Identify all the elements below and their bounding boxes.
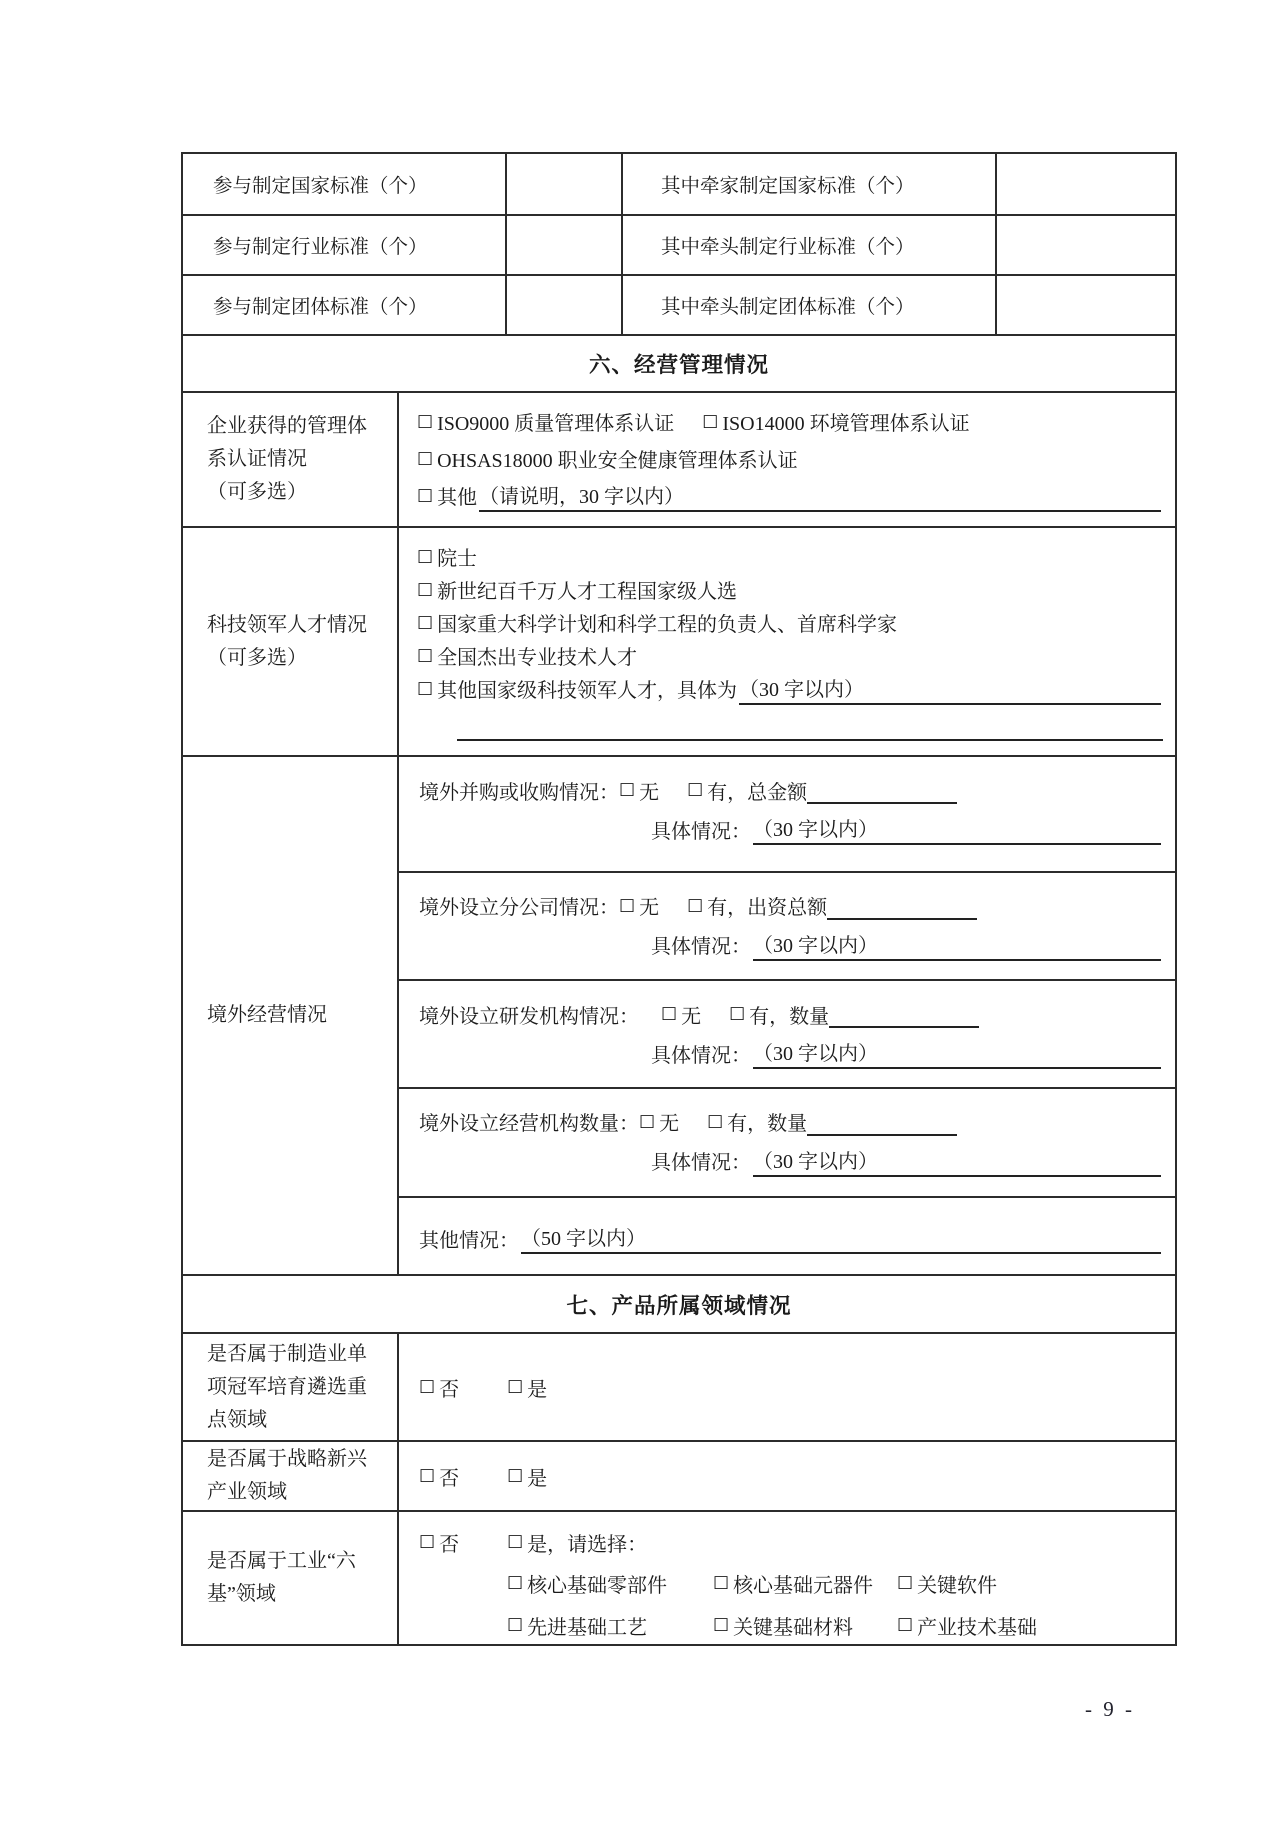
six-bases-option: □ 关键基础材料: [713, 1611, 897, 1640]
field-org-detail-note: （30 字以内）: [753, 1151, 878, 1173]
field-overseas-other[interactable]: （50 字以内）: [521, 1222, 1161, 1254]
row-manufacturing-champion-field: 是否属于制造业单项冠军培育遴选重点领域 □ 否 □ 是: [183, 1332, 1175, 1440]
six-bases-options: □ 否 □ 是，请选择： □ 核心基础零部件 □ 核心基础元器件 □ 关键软件: [397, 1512, 1175, 1644]
ma-prefix: 境外并购或收购情况：: [419, 776, 619, 805]
label-industrial-six-bases: 是否属于工业“六基”领域: [183, 1512, 397, 1644]
strategic-no-label: 否: [439, 1462, 459, 1491]
six-bases-line-1: □ 否 □ 是，请选择：: [419, 1522, 1175, 1562]
field-talent-other-continued[interactable]: [457, 711, 1163, 741]
industry-tech-base-label: 产业技术基础: [917, 1611, 1037, 1640]
form-table: 参与制定国家标准（个） 其中牵家制定国家标准（个） 参与制定行业标准（个） 其中…: [181, 152, 1177, 1646]
overseas-row-branch: 境外设立分公司情况： □ 无 □ 有，出资总额 具体情况： （30 字以内）: [399, 871, 1175, 980]
label-lead-national-standards: 其中牵家制定国家标准（个）: [621, 154, 995, 214]
value-cell-lead-industry-standards[interactable]: [995, 216, 1175, 274]
checkbox-cert-other[interactable]: □: [417, 485, 433, 505]
cert-option-line-1: □ ISO9000 质量管理体系认证 □ ISO14000 环境管理体系认证: [417, 403, 1175, 440]
overseas-row-ma: 境外并购或收购情况： □ 无 □ 有，总金额 具体情况： （30 字以内）: [399, 757, 1175, 871]
label-text-wrap: 是否属于工业“六基”领域: [207, 1545, 381, 1611]
label-text: 参与制定行业标准（个）: [213, 231, 428, 259]
field-cert-other[interactable]: （请说明，30 字以内）: [479, 480, 1161, 512]
talent-option-line-3: □ 国家重大科学计划和科学工程的负责人、首席科学家: [417, 606, 1175, 639]
label-text: 其中牵家制定国家标准（个）: [661, 170, 915, 198]
talent-option-line-5: □ 其他国家级科技领军人才，具体为 （30 字以内）: [417, 672, 1175, 705]
branch-detail-line: 具体情况： （30 字以内）: [419, 923, 1175, 967]
six-bases-option: □ 关键软件: [897, 1569, 997, 1598]
six-bases-option: □ 产业技术基础: [897, 1611, 1037, 1640]
rd-detail-label: 具体情况：: [651, 1039, 751, 1068]
rd-no-label: 无: [681, 1000, 701, 1029]
checkbox-talent-other[interactable]: □: [417, 678, 433, 698]
rd-detail-line: 具体情况： （30 字以内）: [419, 1031, 1175, 1075]
checkbox-core-parts[interactable]: □: [507, 1572, 523, 1592]
label-overseas-operations: 境外经营情况: [183, 757, 397, 1274]
champion-no-label: 否: [439, 1373, 459, 1402]
label-note: （可多选）: [207, 642, 381, 675]
overseas-row-other: 其他情况： （50 字以内）: [399, 1196, 1175, 1274]
label-industry-standards: 参与制定行业标准（个）: [183, 216, 505, 274]
cert-option-line-2: □ OHSAS18000 职业安全健康管理体系认证: [417, 440, 1175, 477]
blank-org-count[interactable]: [807, 1112, 957, 1136]
field-branch-detail-note: （30 字以内）: [753, 935, 878, 957]
ma-detail-line: 具体情况： （30 字以内）: [419, 807, 1175, 851]
section6-header-row: 六、经营管理情况: [183, 334, 1175, 391]
checkbox-branch-yes[interactable]: □: [687, 895, 703, 915]
table-row-industry-standards: 参与制定行业标准（个） 其中牵头制定行业标准（个）: [183, 214, 1175, 274]
checkbox-strategic-yes[interactable]: □: [507, 1465, 523, 1485]
value-cell-lead-group-standards[interactable]: [995, 276, 1175, 334]
overseas-row-org: 境外设立经营机构数量： □ 无 □ 有，数量 具体情况： （30 字以内）: [399, 1087, 1175, 1197]
row-industrial-six-bases: 是否属于工业“六基”领域 □ 否 □ 是，请选择： □ 核心基础零部件 □ 核心…: [183, 1510, 1175, 1644]
label-text-wrap: 境外经营情况: [207, 999, 381, 1032]
label-national-standards: 参与制定国家标准（个）: [183, 154, 505, 214]
row-management-certification: 企业获得的管理体系认证情况 （可多选） □ ISO9000 质量管理体系认证 □…: [183, 391, 1175, 526]
field-branch-detail[interactable]: （30 字以内）: [753, 929, 1161, 961]
checkbox-rd-yes[interactable]: □: [729, 1003, 745, 1023]
ma-yes-label: 有，总金额: [707, 776, 807, 805]
talent-options: □ 院士 □ 新世纪百千万人才工程国家级人选 □ 国家重大科学计划和科学工程的负…: [397, 528, 1175, 755]
six-bases-option: □ 核心基础元器件: [713, 1569, 897, 1598]
six-bases-line-2: □ 核心基础零部件 □ 核心基础元器件 □ 关键软件: [507, 1562, 1175, 1604]
talent-option-line-2: □ 新世纪百千万人才工程国家级人选: [417, 573, 1175, 606]
checkbox-key-software[interactable]: □: [897, 1572, 913, 1592]
checkbox-advanced-process[interactable]: □: [507, 1614, 523, 1634]
key-software-label: 关键软件: [917, 1569, 997, 1598]
row-strategic-emerging-industry: 是否属于战略新兴产业领域 □ 否 □ 是: [183, 1440, 1175, 1510]
talent-option-line-6: [417, 705, 1175, 747]
field-talent-other[interactable]: （30 字以内）: [739, 673, 1161, 705]
label-management-certification: 企业获得的管理体系认证情况 （可多选）: [183, 393, 397, 526]
blank-ma-total-amount[interactable]: [807, 780, 957, 804]
blank-branch-investment-amount[interactable]: [827, 896, 977, 920]
checkbox-ohsas18000[interactable]: □: [417, 448, 433, 468]
label-text: 其中牵头制定团体标准（个）: [661, 291, 915, 319]
table-row-national-standards: 参与制定国家标准（个） 其中牵家制定国家标准（个）: [183, 154, 1175, 214]
checkbox-rd-no[interactable]: □: [661, 1003, 677, 1023]
org-detail-label: 具体情况：: [651, 1146, 751, 1175]
label-text: 科技领军人才情况: [207, 614, 367, 636]
option-iso9000-label: ISO9000 质量管理体系认证: [437, 407, 674, 436]
checkbox-champion-no[interactable]: □: [419, 1376, 435, 1396]
label-text: 是否属于制造业单项冠军培育遴选重点领域: [207, 1343, 367, 1431]
label-group-standards: 参与制定团体标准（个）: [183, 276, 505, 334]
rd-line: 境外设立研发机构情况： □ 无 □ 有，数量: [419, 981, 1175, 1031]
label-text-wrap: 是否属于战略新兴产业领域: [207, 1443, 381, 1509]
checkbox-champion-yes[interactable]: □: [507, 1376, 523, 1396]
six-bases-line-3: □ 先进基础工艺 □ 关键基础材料 □ 产业技术基础: [507, 1604, 1175, 1646]
org-yes-label: 有，数量: [727, 1107, 807, 1136]
label-manufacturing-champion-field: 是否属于制造业单项冠军培育遴选重点领域: [183, 1334, 397, 1440]
liuji-no-label: 否: [439, 1528, 459, 1557]
checkbox-org-yes[interactable]: □: [707, 1111, 723, 1131]
field-ma-detail[interactable]: （30 字以内）: [753, 813, 1161, 845]
row-overseas-operations: 境外经营情况 境外并购或收购情况： □ 无 □ 有，总金额 具体情况： （30 …: [183, 755, 1175, 1274]
field-rd-detail[interactable]: （30 字以内）: [753, 1037, 1161, 1069]
liuji-yes-label: 是，请选择：: [527, 1528, 647, 1557]
overseas-row-rd: 境外设立研发机构情况： □ 无 □ 有，数量 具体情况： （30 字以内）: [399, 979, 1175, 1087]
label-text: 是否属于工业“六基”领域: [207, 1550, 356, 1605]
six-bases-option: □ 核心基础零部件: [507, 1569, 713, 1598]
overseas-other-line: 其他情况： （50 字以内）: [419, 1198, 1175, 1254]
checkbox-ma-no[interactable]: □: [619, 779, 635, 799]
checkbox-org-no[interactable]: □: [639, 1111, 655, 1131]
checkbox-industry-tech-base[interactable]: □: [897, 1614, 913, 1634]
branch-yes-label: 有，出资总额: [707, 891, 827, 920]
checkbox-core-components[interactable]: □: [713, 1572, 729, 1592]
core-parts-label: 核心基础零部件: [527, 1569, 667, 1598]
label-text: 其中牵头制定行业标准（个）: [661, 231, 915, 259]
ma-detail-label: 具体情况：: [651, 815, 751, 844]
champion-options: □ 否 □ 是: [397, 1334, 1175, 1440]
champion-yes-label: 是: [527, 1373, 547, 1402]
checkbox-branch-no[interactable]: □: [619, 895, 635, 915]
checkbox-iso9000[interactable]: □: [417, 411, 433, 431]
checkbox-liuji-yes[interactable]: □: [507, 1531, 523, 1551]
label-text-wrap: 科技领军人才情况 （可多选）: [207, 609, 381, 675]
option-iso14000-label: ISO14000 环境管理体系认证: [722, 407, 969, 436]
field-rd-detail-note: （30 字以内）: [753, 1043, 878, 1065]
talent-option-line-4: □ 全国杰出专业技术人才: [417, 639, 1175, 672]
field-overseas-other-note: （50 字以内）: [521, 1228, 646, 1250]
talent-option-line-1: □ 院士: [417, 540, 1175, 573]
checkbox-key-materials[interactable]: □: [713, 1614, 729, 1634]
checkbox-ma-yes[interactable]: □: [687, 779, 703, 799]
value-cell-lead-national-standards[interactable]: [995, 154, 1175, 214]
label-note: （可多选）: [207, 476, 381, 509]
overseas-subtable: 境外并购或收购情况： □ 无 □ 有，总金额 具体情况： （30 字以内） 境外…: [397, 757, 1175, 1274]
org-prefix: 境外设立经营机构数量：: [419, 1107, 639, 1136]
label-text: 企业获得的管理体系认证情况: [207, 415, 367, 470]
label-text: 是否属于战略新兴产业领域: [207, 1448, 367, 1503]
checkbox-major-science-leader[interactable]: □: [417, 612, 433, 632]
ma-line: 境外并购或收购情况： □ 无 □ 有，总金额: [419, 757, 1175, 807]
checkbox-bqw-talent-project[interactable]: □: [417, 579, 433, 599]
branch-line: 境外设立分公司情况： □ 无 □ 有，出资总额: [419, 873, 1175, 923]
six-bases-option: □ 先进基础工艺: [507, 1611, 713, 1640]
option-talent-other-label: 其他国家级科技领军人才，具体为: [437, 674, 737, 703]
blank-rd-count[interactable]: [829, 1004, 979, 1028]
field-ma-detail-note: （30 字以内）: [753, 819, 878, 841]
rd-prefix: 境外设立研发机构情况：: [419, 1000, 639, 1029]
option-bqw-talent-label: 新世纪百千万人才工程国家级人选: [437, 575, 737, 604]
branch-prefix: 境外设立分公司情况：: [419, 891, 619, 920]
value-cell-national-standards[interactable]: [505, 154, 621, 214]
management-certification-options: □ ISO9000 质量管理体系认证 □ ISO14000 环境管理体系认证 □…: [397, 393, 1175, 526]
strategic-yes-label: 是: [527, 1462, 547, 1491]
option-outstanding-professional-label: 全国杰出专业技术人才: [437, 641, 637, 670]
rd-yes-label: 有，数量: [749, 1000, 829, 1029]
branch-detail-label: 具体情况：: [651, 930, 751, 959]
option-academician-label: 院士: [437, 542, 477, 571]
checkbox-iso14000[interactable]: □: [702, 411, 718, 431]
org-line: 境外设立经营机构数量： □ 无 □ 有，数量: [419, 1089, 1175, 1139]
org-no-label: 无: [659, 1107, 679, 1136]
checkbox-liuji-no[interactable]: □: [419, 1531, 435, 1551]
key-materials-label: 关键基础材料: [733, 1611, 853, 1640]
ma-no-label: 无: [639, 776, 659, 805]
option-cert-other-label: 其他: [437, 481, 477, 510]
branch-no-label: 无: [639, 891, 659, 920]
core-components-label: 核心基础元器件: [733, 1569, 873, 1598]
checkbox-strategic-no[interactable]: □: [419, 1465, 435, 1485]
option-ohsas18000-label: OHSAS18000 职业安全健康管理体系认证: [437, 444, 798, 473]
label-strategic-emerging-industry: 是否属于战略新兴产业领域: [183, 1442, 397, 1510]
checkbox-outstanding-professional[interactable]: □: [417, 645, 433, 665]
field-org-detail[interactable]: （30 字以内）: [753, 1145, 1161, 1177]
org-detail-line: 具体情况： （30 字以内）: [419, 1139, 1175, 1183]
value-cell-industry-standards[interactable]: [505, 216, 621, 274]
section6-title: 六、经营管理情况: [183, 336, 1175, 391]
cert-option-line-3: □ 其他 （请说明，30 字以内）: [417, 477, 1175, 514]
label-lead-industry-standards: 其中牵头制定行业标准（个）: [621, 216, 995, 274]
label-text-wrap: 是否属于制造业单项冠军培育遴选重点领域: [207, 1338, 381, 1437]
field-cert-other-note: （请说明，30 字以内）: [479, 486, 684, 508]
overseas-other-label: 其他情况：: [419, 1224, 519, 1253]
advanced-process-label: 先进基础工艺: [527, 1611, 647, 1640]
checkbox-academician[interactable]: □: [417, 546, 433, 566]
label-lead-group-standards: 其中牵头制定团体标准（个）: [621, 276, 995, 334]
label-text-wrap: 企业获得的管理体系认证情况 （可多选）: [207, 410, 381, 509]
label-tech-leading-talent: 科技领军人才情况 （可多选）: [183, 528, 397, 755]
field-talent-other-note: （30 字以内）: [739, 679, 864, 701]
option-major-science-label: 国家重大科学计划和科学工程的负责人、首席科学家: [437, 608, 897, 637]
strategic-options: □ 否 □ 是: [397, 1442, 1175, 1510]
label-text: 境外经营情况: [207, 1004, 327, 1026]
page-number: - 9 -: [1060, 1697, 1160, 1722]
label-text: 参与制定团体标准（个）: [213, 291, 428, 319]
table-row-group-standards: 参与制定团体标准（个） 其中牵头制定团体标准（个）: [183, 274, 1175, 334]
row-tech-leading-talent: 科技领军人才情况 （可多选） □ 院士 □ 新世纪百千万人才工程国家级人选 □ …: [183, 526, 1175, 755]
label-text: 参与制定国家标准（个）: [213, 170, 428, 198]
section7-header-row: 七、产品所属领域情况: [183, 1274, 1175, 1332]
section7-title: 七、产品所属领域情况: [183, 1276, 1175, 1332]
value-cell-group-standards[interactable]: [505, 276, 621, 334]
